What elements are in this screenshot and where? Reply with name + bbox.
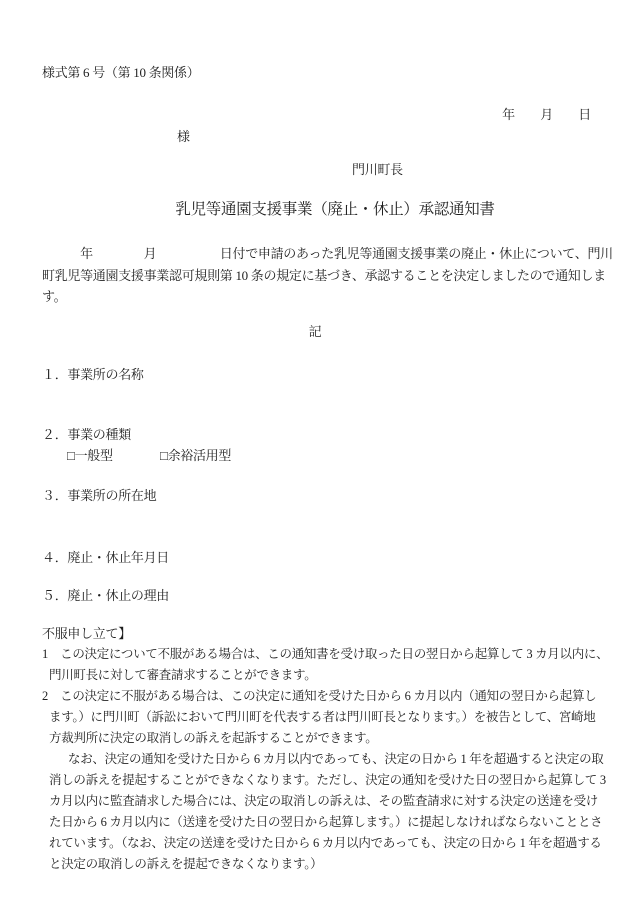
appeal-line-6: なお、決定の通知を受けた日から 6 カ月以内であっても、決定の日から 1 年を超… — [68, 753, 603, 766]
item-1-business-name: １．事業所の名称 — [42, 368, 144, 381]
checkbox-option-general: □一般型 — [67, 449, 113, 462]
appeal-heading: 不服申し立て】 — [42, 627, 131, 640]
ki-separator: 記 — [0, 325, 630, 338]
item-3-business-address: ３．事業所の所在地 — [42, 489, 156, 502]
checkbox-icon: □ — [160, 448, 168, 463]
item-2-business-type: ２．事業の種類 — [42, 428, 131, 441]
item-4-abolition-suspension-date: ４．廃止・休止年月日 — [42, 551, 169, 564]
body-line: す。 — [42, 290, 66, 303]
checkbox-label: 余裕活用型 — [168, 448, 232, 463]
appeal-line-3: 2 この決定に不服がある場合は、この決定に通知を受けた日から 6 カ月以内（通知… — [42, 690, 596, 703]
issue-date-line: 年 月 日 — [502, 108, 591, 121]
issuer-mayor: 門川町長 — [352, 163, 403, 176]
appeal-line-11: と決定の取消しの訴えを提起できなくなります。） — [49, 858, 322, 871]
appeal-line-2: 門川町長に対して審査請求することができます。 — [49, 669, 316, 682]
appeal-line-4: ます。）に門川町（訴訟において門川町を代表する者は門川町長となります。）を被告と… — [49, 711, 595, 724]
appeal-line-1: 1 この決定について不服がある場合は、この通知書を受け取った日の翌日から起算して… — [42, 648, 608, 661]
document-title: 乳児等通園支援事業（廃止・休止）承認通知書 — [0, 202, 630, 218]
body-line: 町乳児等通園支援事業認可規則第 10 条の規定に基づき、承認することを決定しまし… — [42, 269, 606, 282]
item-5-abolition-suspension-reason: ５．廃止・休止の理由 — [42, 589, 169, 602]
checkbox-icon: □ — [67, 448, 75, 463]
addressee-sama: 様 — [177, 130, 190, 143]
checkbox-label: 一般型 — [75, 448, 113, 463]
checkbox-option-surplus-use: □余裕活用型 — [160, 449, 231, 462]
appeal-line-5: 方裁判所に決定の取消しの訴えを起訴することができます。 — [49, 732, 377, 745]
body-line: 年 月 日付で申請のあった乳児等通園支援事業の廃止・休止について、門川 — [42, 247, 613, 260]
appeal-line-8: カ月以内に監査請求した場合には、決定の取消しの訴えは、その監査請求に対する決定の… — [49, 795, 598, 808]
appeal-line-10: れています。（なお、決定の送達を受けた日から 6 カ月以内であっても、決定の日か… — [49, 837, 602, 850]
form-number: 様式第 6 号（第 10 条関係） — [42, 66, 199, 79]
appeal-line-9: た日から 6 カ月以内に（送達を受けた日の翌日から起算します。）に提起しなければ… — [49, 816, 602, 829]
document-page: 様式第 6 号（第 10 条関係） 年 月 日 様 門川町長 乳児等通園支援事業… — [0, 0, 630, 903]
appeal-line-7: 消しの訴えを提起することができなくなります。ただし、決定の通知を受けた日の翌日か… — [49, 774, 606, 787]
